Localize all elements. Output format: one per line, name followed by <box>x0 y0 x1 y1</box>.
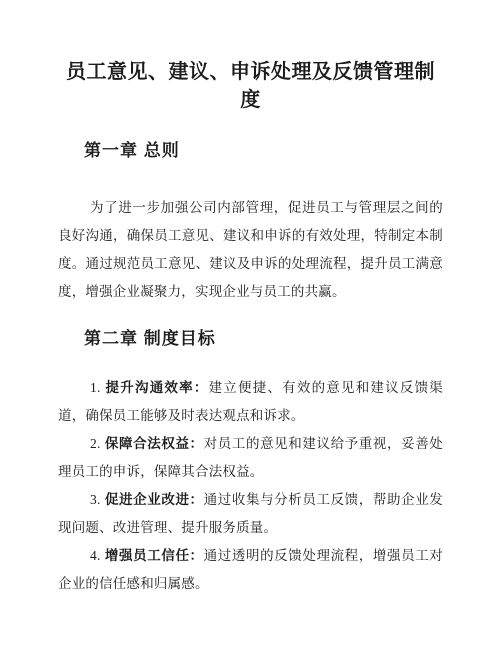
goal-item-4: 4.增强员工信任：通过透明的反馈处理流程，增强员工对企业的信任感和归属感。 <box>58 542 443 598</box>
goal-item-1: 1.提升沟通效率：建立便捷、有效的意见和建议反馈渠道，确保员工能够及时表达观点和… <box>58 374 443 430</box>
goal-item-3: 3.促进企业改进：通过收集与分析员工反馈，帮助企业发现问题、改进管理、提升服务质… <box>58 486 443 542</box>
goal-item-2-term: 保障合法权益： <box>105 436 204 451</box>
goal-item-4-term: 增强员工信任： <box>105 548 204 563</box>
goal-item-4-number: 4. <box>90 548 101 563</box>
document-page: 员工意见、建议、申诉处理及反馈管理制度 第一章 总则 为了进一步加强公司内部管理… <box>0 0 500 647</box>
chapter-1-paragraph: 为了进一步加强公司内部管理，促进员工与管理层之间的良好沟通，确保员工意见、建议和… <box>58 194 443 306</box>
goal-item-2: 2.保障合法权益：对员工的意见和建议给予重视，妥善处理员工的申诉，保障其合法权益… <box>58 430 443 486</box>
document-title: 员工意见、建议、申诉处理及反馈管理制度 <box>65 58 437 114</box>
chapter-1-heading: 第一章 总则 <box>58 140 443 162</box>
goal-item-3-term: 促进企业改进： <box>105 492 204 507</box>
goal-item-list: 1.提升沟通效率：建立便捷、有效的意见和建议反馈渠道，确保员工能够及时表达观点和… <box>58 374 443 598</box>
goal-item-1-number: 1. <box>90 380 101 395</box>
goal-item-1-term: 提升沟通效率： <box>105 380 209 395</box>
goal-item-3-number: 3. <box>90 492 101 507</box>
goal-item-2-number: 2. <box>90 436 101 451</box>
chapter-2-heading: 第二章 制度目标 <box>58 328 443 350</box>
